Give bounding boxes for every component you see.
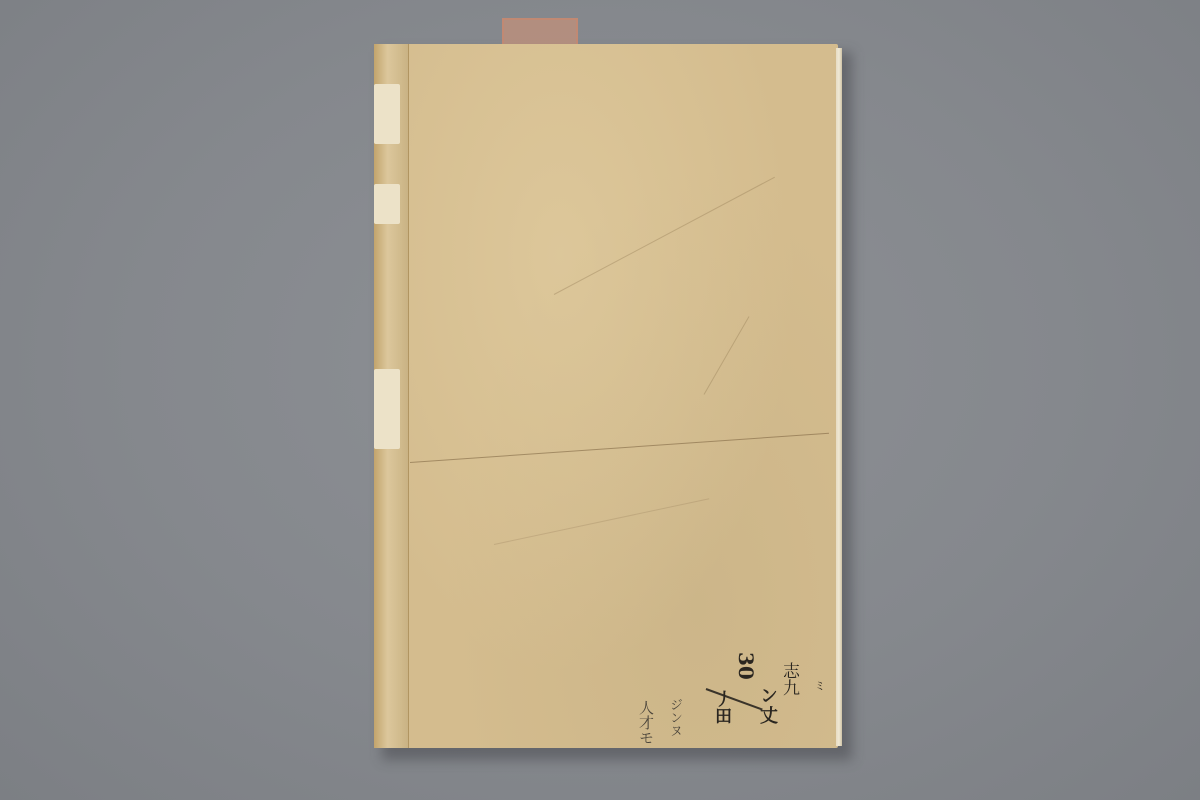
spine-tear (374, 84, 400, 144)
cover-crease (554, 177, 775, 295)
spine-tear (374, 369, 400, 449)
cover-crease (704, 316, 750, 394)
inscription-text: ン丈 (758, 686, 776, 726)
spine-tear (374, 184, 400, 224)
book-spine (374, 44, 409, 748)
inscription-text: ミ (814, 680, 825, 691)
cover-crease (494, 498, 709, 545)
inscription-text: 志九 (780, 662, 797, 696)
cover-crease (410, 433, 829, 463)
inscription-number: 30 (736, 652, 756, 680)
inscription-text: ジンヌ (668, 698, 681, 737)
book-cover (374, 44, 838, 748)
page-edge (836, 48, 842, 746)
inscription-text: 丿田 (712, 690, 729, 724)
inscription-text: 人才モ (638, 700, 653, 745)
